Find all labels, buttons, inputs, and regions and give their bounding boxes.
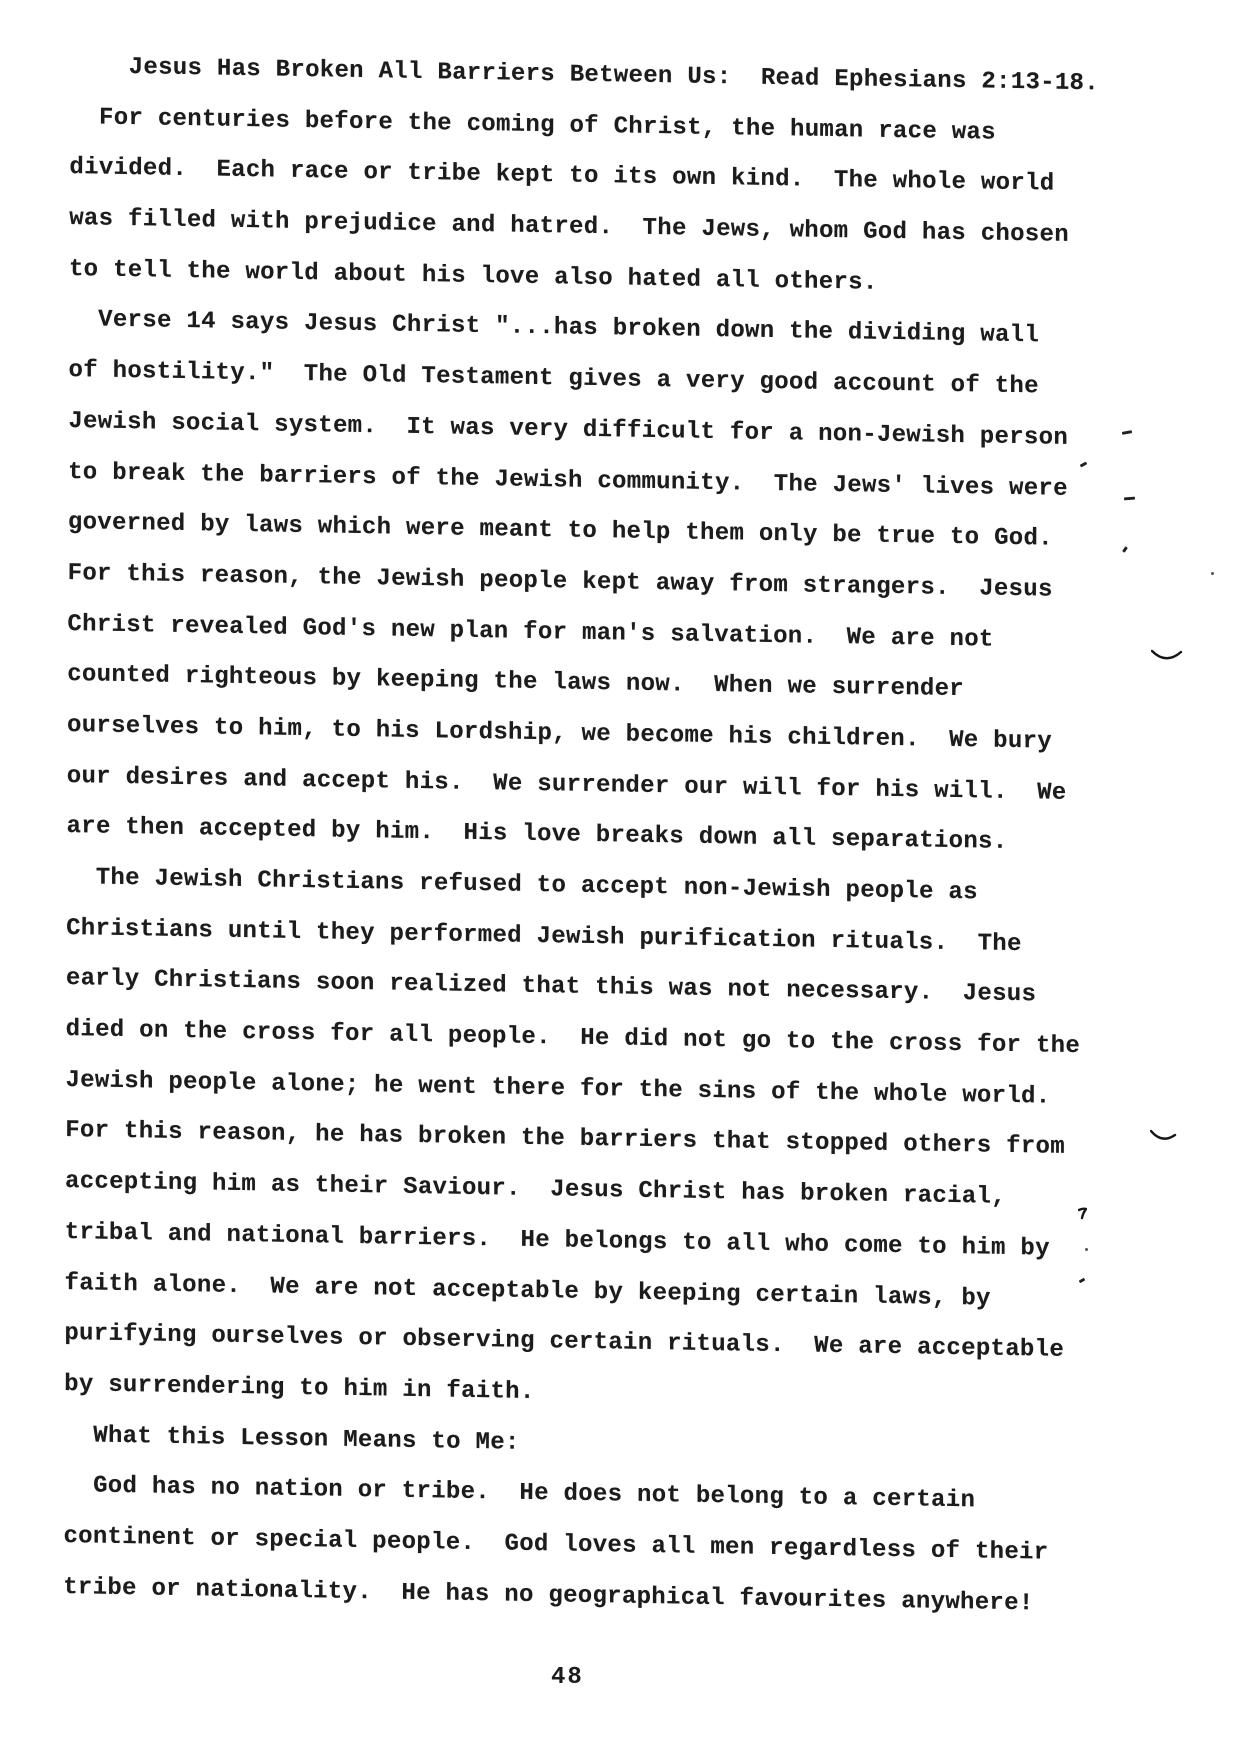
pen-mark-dot (1211, 572, 1214, 575)
text-block: Jesus Has Broken All Barriers Between Us… (63, 42, 1170, 1632)
scanned-document-page: Jesus Has Broken All Barriers Between Us… (0, 0, 1240, 1753)
page-number: 48 (551, 1664, 584, 1691)
